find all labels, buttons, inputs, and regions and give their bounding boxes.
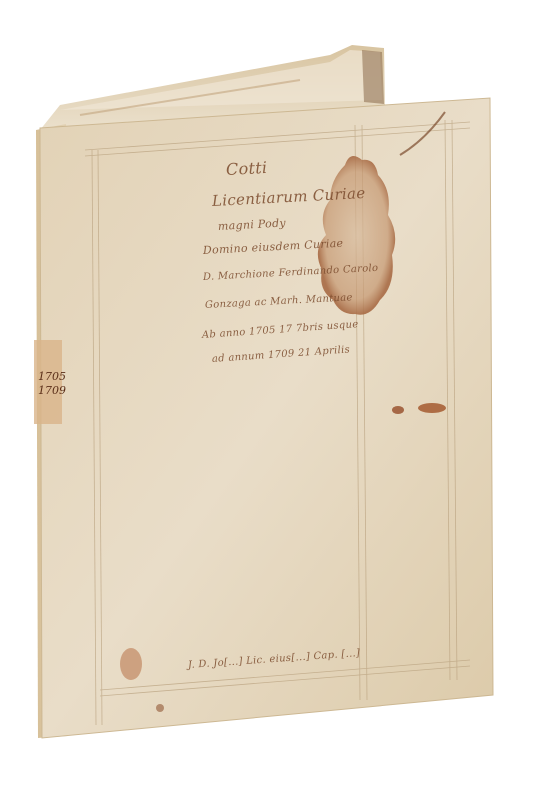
spine-year-start: 1705 [38,370,66,384]
spine-year-end: 1709 [38,384,66,398]
title-line-1: Cotti [226,158,268,179]
photo-stage: Cotti Licentiarum Curiae magni Pody Domi… [0,0,537,800]
wax-spot [418,403,446,413]
manuscript-book-illustration [0,0,537,800]
spine-label: 1705 1709 [38,370,66,398]
